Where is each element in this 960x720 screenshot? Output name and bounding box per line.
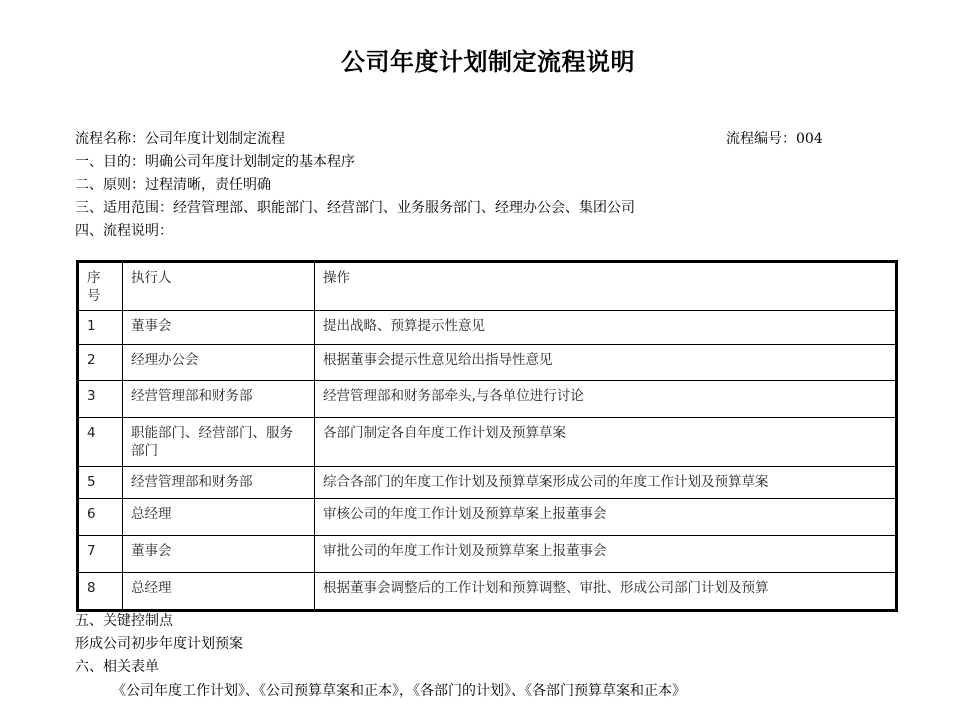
row-operation: 综合各部门的年度工作计划及预算草案形成公司的年度工作计划及预算草案	[315, 467, 897, 499]
row-num: 5	[78, 467, 123, 499]
row-actor: 董事会	[123, 536, 315, 573]
row-operation: 根据董事会提示性意见给出指导性意见	[315, 345, 897, 381]
forms-heading: 六、相关表单	[75, 658, 159, 676]
table-row: 2 经理办公会 根据董事会提示性意见给出指导性意见	[78, 345, 897, 381]
header-num-line1: 序	[87, 270, 101, 286]
row-actor: 经营管理部和财务部	[123, 381, 315, 418]
control-text: 形成公司初步年度计划预案	[75, 635, 243, 653]
row-actor: 董事会	[123, 311, 315, 345]
table-row: 5 经营管理部和财务部 综合各部门的年度工作计划及预算草案形成公司的年度工作计划…	[78, 467, 897, 499]
table-row: 6 总经理 审核公司的年度工作计划及预算草案上报董事会	[78, 499, 897, 536]
row-operation: 提出战略、预算提示性意见	[315, 311, 897, 345]
table-header-row: 序号 执行人 操作	[78, 262, 897, 311]
row-num: 1	[78, 311, 123, 345]
control-heading: 五、关键控制点	[75, 612, 173, 630]
row-operation: 根据董事会调整后的工作计划和预算调整、审批、形成公司部门计划及预算	[315, 573, 897, 611]
document-title: 公司年度计划制定流程说明	[0, 42, 960, 77]
row-operation: 经营管理部和财务部牵头,与各单位进行讨论	[315, 381, 897, 418]
row-operation: 审批公司的年度工作计划及预算草案上报董事会	[315, 536, 897, 573]
purpose-line: 一、目的：明确公司年度计划制定的基本程序	[75, 153, 355, 171]
process-table: 序号 执行人 操作 1 董事会 提出战略、预算提示性意见 2 经理办公会 根据董…	[76, 260, 898, 612]
scope-line: 三、适用范围：经营管理部、职能部门、经营部门、业务服务部门、经理办公会、集团公司	[75, 199, 635, 217]
header-num: 序号	[78, 262, 123, 311]
header-num-line2: 号	[87, 288, 101, 304]
row-operation: 审核公司的年度工作计划及预算草案上报董事会	[315, 499, 897, 536]
header-actor: 执行人	[123, 262, 315, 311]
table-row: 4 职能部门、经营部门、服务部门 各部门制定各自年度工作计划及预算草案	[78, 418, 897, 467]
row-actor: 经理办公会	[123, 345, 315, 381]
row-actor: 总经理	[123, 573, 315, 611]
row-num: 8	[78, 573, 123, 611]
flow-heading: 四、流程说明：	[75, 222, 173, 240]
header-operation: 操作	[315, 262, 897, 311]
principle-line: 二、原则：过程清晰，责任明确	[75, 176, 271, 194]
row-actor: 职能部门、经营部门、服务部门	[123, 418, 315, 467]
process-code: 流程编号：004	[726, 130, 823, 148]
table-row: 7 董事会 审批公司的年度工作计划及预算草案上报董事会	[78, 536, 897, 573]
row-num: 7	[78, 536, 123, 573]
row-num: 4	[78, 418, 123, 467]
table-row: 3 经营管理部和财务部 经营管理部和财务部牵头,与各单位进行讨论	[78, 381, 897, 418]
row-actor: 经营管理部和财务部	[123, 467, 315, 499]
table-row: 1 董事会 提出战略、预算提示性意见	[78, 311, 897, 345]
row-num: 6	[78, 499, 123, 536]
row-operation: 各部门制定各自年度工作计划及预算草案	[315, 418, 897, 467]
row-actor: 总经理	[123, 499, 315, 536]
row-num: 3	[78, 381, 123, 418]
row-num: 2	[78, 345, 123, 381]
process-name: 流程名称：公司年度计划制定流程	[75, 130, 285, 148]
table-row: 8 总经理 根据董事会调整后的工作计划和预算调整、审批、形成公司部门计划及预算	[78, 573, 897, 611]
forms-list: 《公司年度工作计划》、《公司预算草案和正本》，《各部门的计划》、《各部门预算草案…	[112, 682, 686, 700]
